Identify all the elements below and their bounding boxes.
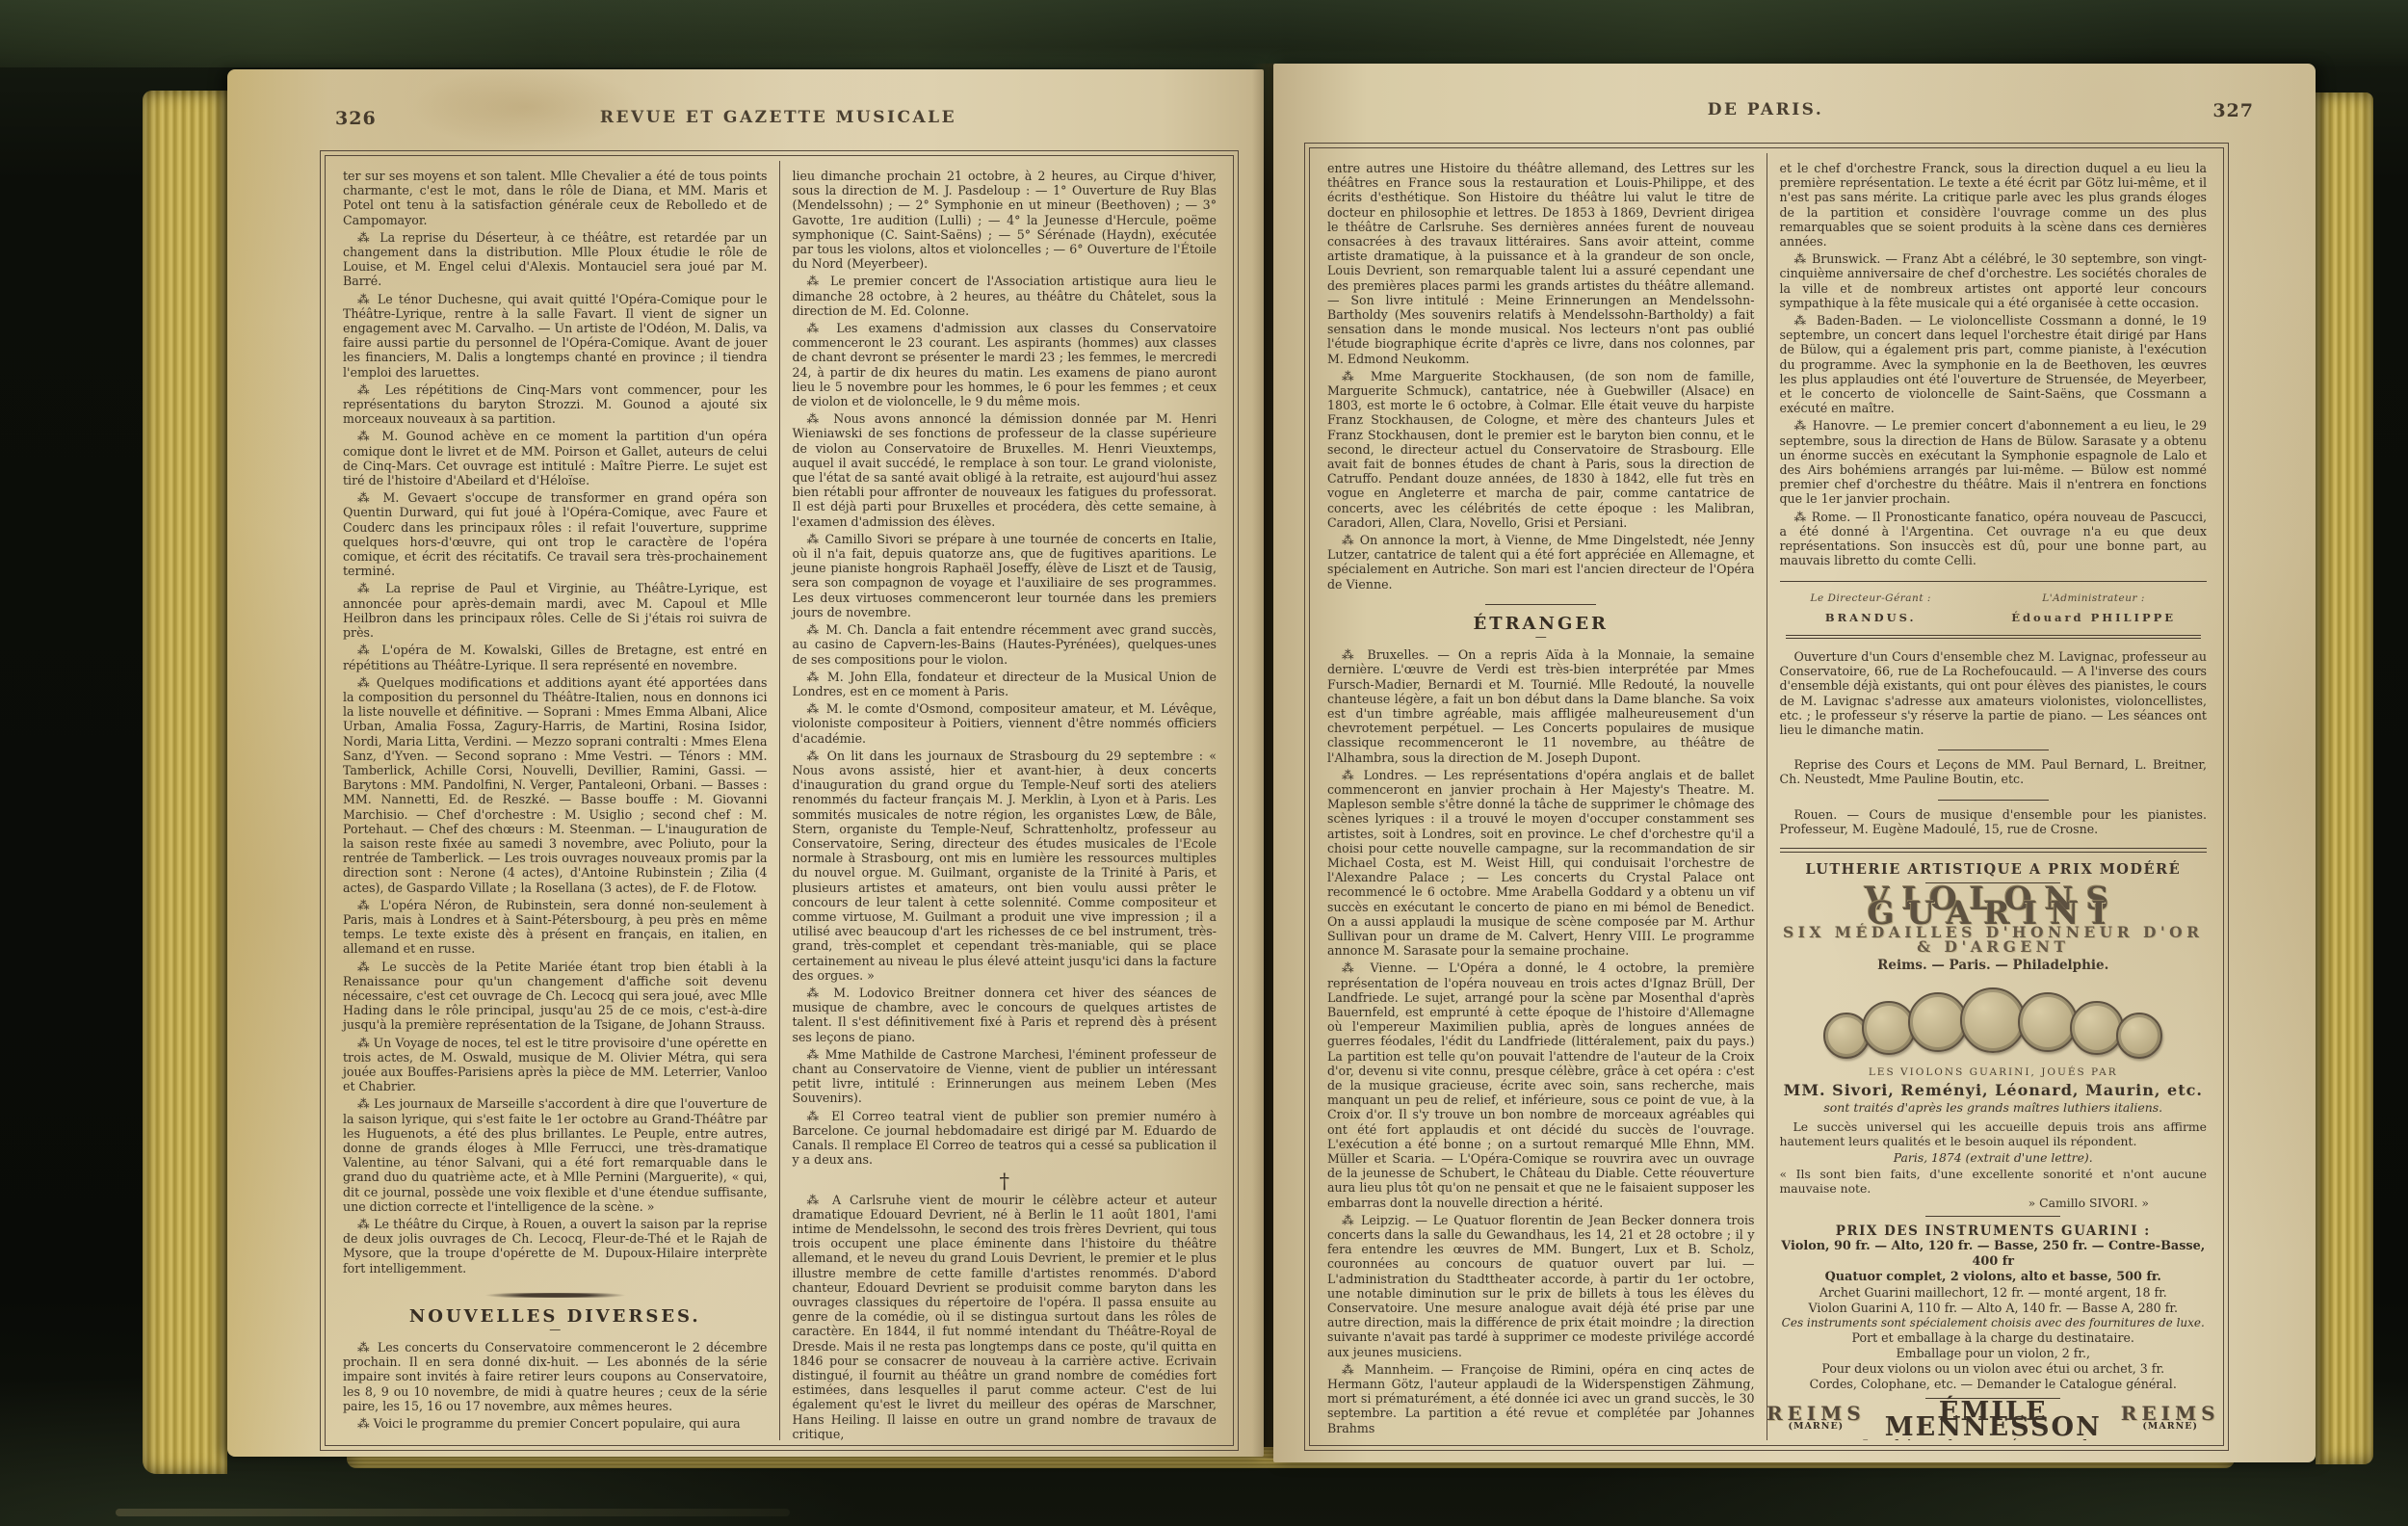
obituary-cross-icon: † bbox=[793, 1174, 1217, 1189]
maker-row: REIMS (MARNE) ÉMILE MENNESSON REIMS (MAR… bbox=[1780, 1407, 2208, 1434]
continued-paragraph: entre autres une Histoire du théâtre all… bbox=[1327, 161, 1755, 366]
ad-price-line: Quatuor complet, 2 violons, alto et bass… bbox=[1780, 1270, 2208, 1285]
news-paragraph: ⁂ M. Gounod achève en ce moment la parti… bbox=[343, 429, 768, 487]
news-paragraph: ⁂ Baden-Baden. — Le violoncelliste Cossm… bbox=[1780, 313, 2208, 415]
news-paragraph: ⁂ Le théâtre du Cirque, à Rouen, a ouver… bbox=[343, 1217, 768, 1276]
news-paragraph: ⁂ M. le comte d'Osmond, compositeur amat… bbox=[793, 701, 1217, 746]
short-rule bbox=[1938, 750, 2049, 750]
news-paragraph: ⁂ Bruxelles. — On a repris Aïda à la Mon… bbox=[1327, 647, 1755, 765]
news-paragraph: ⁂ Hanovre. — Le premier concert d'abonne… bbox=[1780, 418, 2208, 506]
running-title-left: REVUE ET GAZETTE MUSICALE bbox=[320, 108, 1237, 127]
news-paragraph: ⁂ L'opéra de M. Kowalski, Gilles de Bret… bbox=[343, 643, 768, 671]
news-paragraph: ⁂ L'opéra Néron, de Rubinstein, sera don… bbox=[343, 898, 768, 957]
maker-name: ÉMILE MENNESSON bbox=[1885, 1405, 2102, 1434]
short-rule bbox=[1485, 604, 1596, 605]
text-frame-right: entre autres une Histoire du théâtre all… bbox=[1304, 143, 2229, 1451]
medal-icon bbox=[1960, 987, 2026, 1053]
news-paragraph: ⁂ La reprise du Déserteur, à ce théâtre,… bbox=[343, 230, 768, 289]
ad-tagline: sont traités d'après les grands maîtres … bbox=[1780, 1100, 2208, 1115]
double-rule bbox=[1780, 848, 2208, 853]
section-heading: ÉTRANGER bbox=[1327, 617, 1755, 631]
medal-icon bbox=[2116, 1013, 2162, 1059]
ad-shipping-line: Emballage pour un violon, 2 fr., bbox=[1780, 1346, 2208, 1361]
book-scan: { "publication": { "left_header": "REVUE… bbox=[0, 0, 2408, 1526]
ad-quote: « Ils sont bien faits, d'une excellente … bbox=[1780, 1167, 2208, 1196]
news-paragraph: ⁂ M. Lodovico Breitner donnera cet hiver… bbox=[793, 986, 1217, 1044]
news-right-2: et le chef d'orchestre Franck, sous la d… bbox=[1780, 161, 2208, 567]
violins-advertisement: LUTHERIE ARTISTIQUE A PRIX MODÉRÉ VIOLON… bbox=[1780, 862, 2208, 1440]
paper-stain bbox=[401, 64, 651, 150]
maker-city-left: REIMS (MARNE) bbox=[1767, 1407, 1866, 1434]
page-number-right: 327 bbox=[2212, 100, 2254, 121]
page-right: DE PARIS. 327 entre autres une Histoire … bbox=[1273, 64, 2316, 1462]
news-paragraph: ⁂ Le ténor Duchesne, qui avait quitté l'… bbox=[343, 292, 768, 380]
book-cover-edge bbox=[0, 0, 2408, 67]
news-paragraph: ⁂ Les examens d'admission aux classes du… bbox=[793, 321, 1217, 408]
ad-shipping-line: Cordes, Colophane, etc. — Demander le Ca… bbox=[1780, 1377, 2208, 1392]
heading-dash: — bbox=[1327, 633, 1755, 642]
news-paragraph: ⁂ Les journaux de Marseille s'accordent … bbox=[343, 1096, 768, 1214]
city-label: REIMS bbox=[1767, 1407, 1866, 1420]
director-block: Le Directeur-Gérant : BRANDUS. bbox=[1811, 592, 1931, 624]
column-right-1: entre autres une Histoire du théâtre all… bbox=[1315, 153, 1767, 1440]
director-label: Le Directeur-Gérant : bbox=[1811, 592, 1931, 606]
course-notices: Ouverture d'un Cours d'ensemble chez M. … bbox=[1780, 649, 2208, 836]
medal-coins-illustration bbox=[1780, 981, 2208, 1064]
administrator-label: L'Administrateur : bbox=[2011, 592, 2176, 606]
page-edge-glint bbox=[116, 1509, 790, 1516]
ad-price-line: Violon, 90 fr. — Alto, 120 fr. — Basse, … bbox=[1780, 1239, 2208, 1270]
maker-title: Luthier, breveté s. g. d. g. bbox=[1780, 1438, 2208, 1440]
news-paragraph: Ouverture d'un Cours d'ensemble chez M. … bbox=[1780, 649, 2208, 737]
news-paragraph: ⁂ Rome. — Il Pronosticante fanatico, opé… bbox=[1780, 510, 2208, 568]
news-paragraph: ⁂ Le succès de la Petite Mariée étant tr… bbox=[343, 960, 768, 1033]
masthead: Le Directeur-Gérant : BRANDUS. L'Adminis… bbox=[1780, 581, 2208, 645]
news-paragraph: ⁂ Les concerts du Conservatoire commence… bbox=[343, 1340, 768, 1413]
news-paragraph: ⁂ La reprise de Paul et Virginie, au Thé… bbox=[343, 581, 768, 640]
news-paragraph: Rouen. — Cours de musique d'ensemble pou… bbox=[1780, 807, 2208, 836]
heading-dash: — bbox=[343, 1326, 768, 1334]
administrator-block: L'Administrateur : Édouard PHILIPPE bbox=[2011, 592, 2176, 624]
maker-city-right: REIMS (MARNE) bbox=[2121, 1407, 2218, 1434]
running-title-right: DE PARIS. bbox=[1304, 100, 2227, 119]
continued-paragraph: ter sur ses moyens et son talent. Mlle C… bbox=[343, 169, 768, 227]
news-paragraph: ⁂ On annonce la mort, à Vienne, de Mme D… bbox=[1327, 533, 1755, 592]
short-rule bbox=[1925, 1216, 2060, 1217]
ad-letter-ref: Paris, 1874 (extrait d'une lettre). bbox=[1780, 1150, 2208, 1165]
medal-icon bbox=[2018, 992, 2078, 1052]
column-right-2: et le chef d'orchestre Franck, sous la d… bbox=[1767, 153, 2219, 1440]
continued-paragraph: et le chef d'orchestre Franck, sous la d… bbox=[1780, 161, 2208, 249]
section-heading: NOUVELLES DIVERSES. bbox=[343, 1309, 768, 1324]
ad-shipping-line: Pour deux violons ou un violon avec étui… bbox=[1780, 1361, 2208, 1377]
director-name: BRANDUS. bbox=[1811, 611, 1931, 625]
ad-success-line: Le succès universel qui les accueille de… bbox=[1780, 1119, 2208, 1148]
news-paragraph: ⁂ A Carlsruhe vient de mourir le célèbre… bbox=[793, 1193, 1217, 1440]
city-label: REIMS bbox=[2121, 1407, 2218, 1420]
ad-shipping-line: Port et emballage à la charge du destina… bbox=[1780, 1330, 2208, 1346]
ad-cities: Reims. — Paris. — Philadelphie. bbox=[1780, 959, 2208, 973]
text-frame-left: ter sur ses moyens et son talent. Mlle C… bbox=[320, 150, 1239, 1451]
ad-price-line: Archet Guarini maillechort, 12 fr. — mon… bbox=[1780, 1285, 2208, 1301]
page-left: 326 REVUE ET GAZETTE MUSICALE ter sur se… bbox=[227, 69, 1264, 1457]
news-paragraph: ⁂ Mme Marguerite Stockhausen, (de son no… bbox=[1327, 369, 1755, 530]
news-paragraph: ⁂ Brunswick. — Franz Abt a célébré, le 3… bbox=[1780, 251, 2208, 310]
ad-price-note: Ces instruments sont spécialement choisi… bbox=[1780, 1316, 2208, 1330]
news-paragraph: ⁂ Camillo Sivori se prépare à une tourné… bbox=[793, 532, 1217, 619]
ad-title: VIOLONS GUARINI bbox=[1780, 891, 2208, 920]
ad-kicker: LUTHERIE ARTISTIQUE A PRIX MODÉRÉ bbox=[1780, 862, 2208, 877]
short-rule bbox=[1938, 800, 2049, 801]
news-paragraph: ⁂ El Correo teatral vient de publier son… bbox=[793, 1109, 1217, 1168]
column-left-1: ter sur ses moyens et son talent. Mlle C… bbox=[330, 161, 779, 1440]
news-paragraph: ⁂ Vienne. — L'Opéra a donné, le 4 octobr… bbox=[1327, 960, 1755, 1209]
medal-icon bbox=[1908, 992, 1968, 1052]
news-paragraph: ⁂ Quelques modifications et additions ay… bbox=[343, 675, 768, 895]
news-paragraph: ⁂ M. Ch. Dancla a fait entendre récemmen… bbox=[793, 622, 1217, 667]
ad-players: MM. Sivori, Reményi, Léonard, Maurin, et… bbox=[1780, 1083, 2208, 1097]
ad-played-by-label: LES VIOLONS GUARINI, JOUÉS PAR bbox=[1780, 1066, 2208, 1080]
ad-quote-signature: » Camillo SIVORI. » bbox=[1780, 1196, 2208, 1210]
ad-subtitle: SIX MÉDAILLES D'HONNEUR D'OR & D'ARGENT bbox=[1780, 925, 2208, 954]
news-paragraph: Reprise des Cours et Leçons de MM. Paul … bbox=[1780, 757, 2208, 786]
news-paragraph: ⁂ Voici le programme du premier Concert … bbox=[343, 1416, 768, 1431]
ad-price-heading: PRIX DES INSTRUMENTS GUARINI : bbox=[1780, 1224, 2208, 1239]
news-paragraph: ⁂ M. John Ella, fondateur et directeur d… bbox=[793, 670, 1217, 698]
news-paragraph: ⁂ Leipzig. — Le Quatuor florentin de Jea… bbox=[1327, 1213, 1755, 1359]
medal-icon bbox=[2070, 1001, 2124, 1055]
continued-paragraph: lieu dimanche prochain 21 octobre, à 2 h… bbox=[793, 169, 1217, 271]
left-fore-edge-pages bbox=[143, 91, 227, 1474]
news-paragraph: ⁂ Londres. — Les représentations d'opéra… bbox=[1327, 768, 1755, 959]
news-paragraph: ⁂ Mannheim. — Françoise de Rimini, opéra… bbox=[1327, 1362, 1755, 1435]
column-left-2: lieu dimanche prochain 21 octobre, à 2 h… bbox=[779, 161, 1229, 1440]
divider-rule bbox=[466, 1293, 644, 1298]
ad-price-line: Violon Guarini A, 110 fr. — Alto A, 140 … bbox=[1780, 1301, 2208, 1316]
news-paragraph: ⁂ Les répétitions de Cinq-Mars vont comm… bbox=[343, 382, 768, 427]
news-paragraph: ⁂ Nous avons annoncé la démission donnée… bbox=[793, 411, 1217, 529]
news-paragraph: ⁂ Mme Mathilde de Castrone Marchesi, l'é… bbox=[793, 1047, 1217, 1106]
news-paragraph: ⁂ Le premier concert de l'Association ar… bbox=[793, 274, 1217, 318]
news-paragraph: ⁂ On lit dans les journaux de Strasbourg… bbox=[793, 749, 1217, 983]
administrator-name: Édouard PHILIPPE bbox=[2011, 611, 2176, 625]
news-paragraph: ⁂ M. Gevaert s'occupe de transformer en … bbox=[343, 490, 768, 578]
right-fore-edge-pages bbox=[2316, 92, 2373, 1464]
news-paragraph: ⁂ Un Voyage de noces, tel est le titre p… bbox=[343, 1036, 768, 1094]
